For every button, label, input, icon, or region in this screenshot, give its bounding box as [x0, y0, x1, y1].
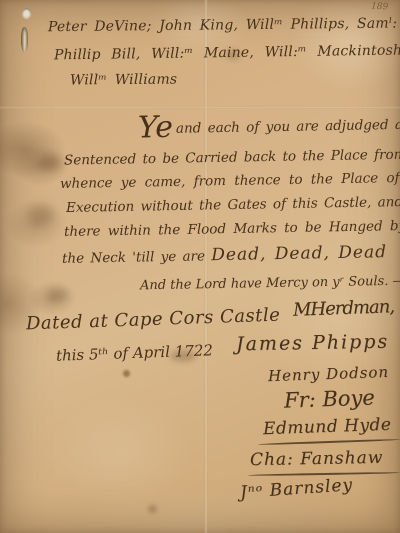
manuscript-page: 189 Peter DeVine; John King, Willᵐ Phill…: [0, 0, 400, 533]
sentence-line-3: whence ye came, from thence to the Place…: [60, 171, 400, 192]
names-line-3: Willᵐ Williams: [70, 73, 177, 89]
signature-barnsley: Jⁿᵒ Barnsley: [239, 476, 353, 503]
sentence-line-1: Yeand each of you are adjudged and: [138, 118, 400, 138]
sentence-line-2: Sentenced to be Carried back to the Plac…: [64, 146, 400, 168]
names-line-1: Peter DeVine; John King, Willᵐ Phillips,…: [48, 16, 400, 36]
sentence-line-1-text: and each of you are adjudged and: [176, 117, 400, 137]
signature-hyde: Edmund Hyde: [263, 416, 392, 439]
signature-phipps: James Phipps: [236, 332, 390, 356]
horizontal-fold-crease: [0, 106, 400, 109]
binding-hole-round: [22, 8, 31, 18]
decorated-initial-ye: Ye: [138, 110, 174, 146]
signature-boye: Fr: Boye: [284, 386, 375, 412]
fanshaw-underline-flourish: [248, 472, 400, 477]
binding-hole-slit: [21, 27, 28, 52]
sentence-line-4: Execution without the Gates of this Cast…: [66, 195, 400, 216]
dead-dead-dead-emphasis: Dead, Dead, Dead: [211, 242, 387, 265]
parchment-stain: [148, 505, 157, 513]
sentence-line-2-text: Sentenced to be Carried back to the Plac…: [64, 147, 400, 169]
sentence-line-5: there within the Flood Marks to be Hange…: [64, 219, 400, 240]
mercy-line: And the Lord have Mercy on yʳ Souls. —: [140, 275, 400, 294]
vertical-fold-crease: [204, 0, 208, 533]
parchment-stain: [123, 370, 130, 377]
parchment-stain: [40, 155, 62, 171]
sentence-line-6-text: the Neck 'till ye are: [62, 248, 205, 266]
signature-herdman: MHerdman,: [293, 297, 395, 320]
parchment-stain: [48, 288, 68, 302]
signature-dodson: Henry Dodson: [268, 364, 390, 385]
names-line-2: Phillip Bill, Will:ᵐ Maine, Will:ᵐ Macki…: [54, 44, 400, 64]
hyde-underline-flourish: [258, 439, 400, 446]
folio-number: 189: [371, 3, 389, 14]
dateline-place: Dated at Cape Cors Castle: [26, 306, 281, 335]
signature-fanshaw: Cha: Fanshaw: [250, 449, 384, 470]
sentence-line-6: the Neck 'till ye are Dead, Dead, Dead: [62, 243, 387, 267]
parchment-stain: [28, 205, 54, 225]
